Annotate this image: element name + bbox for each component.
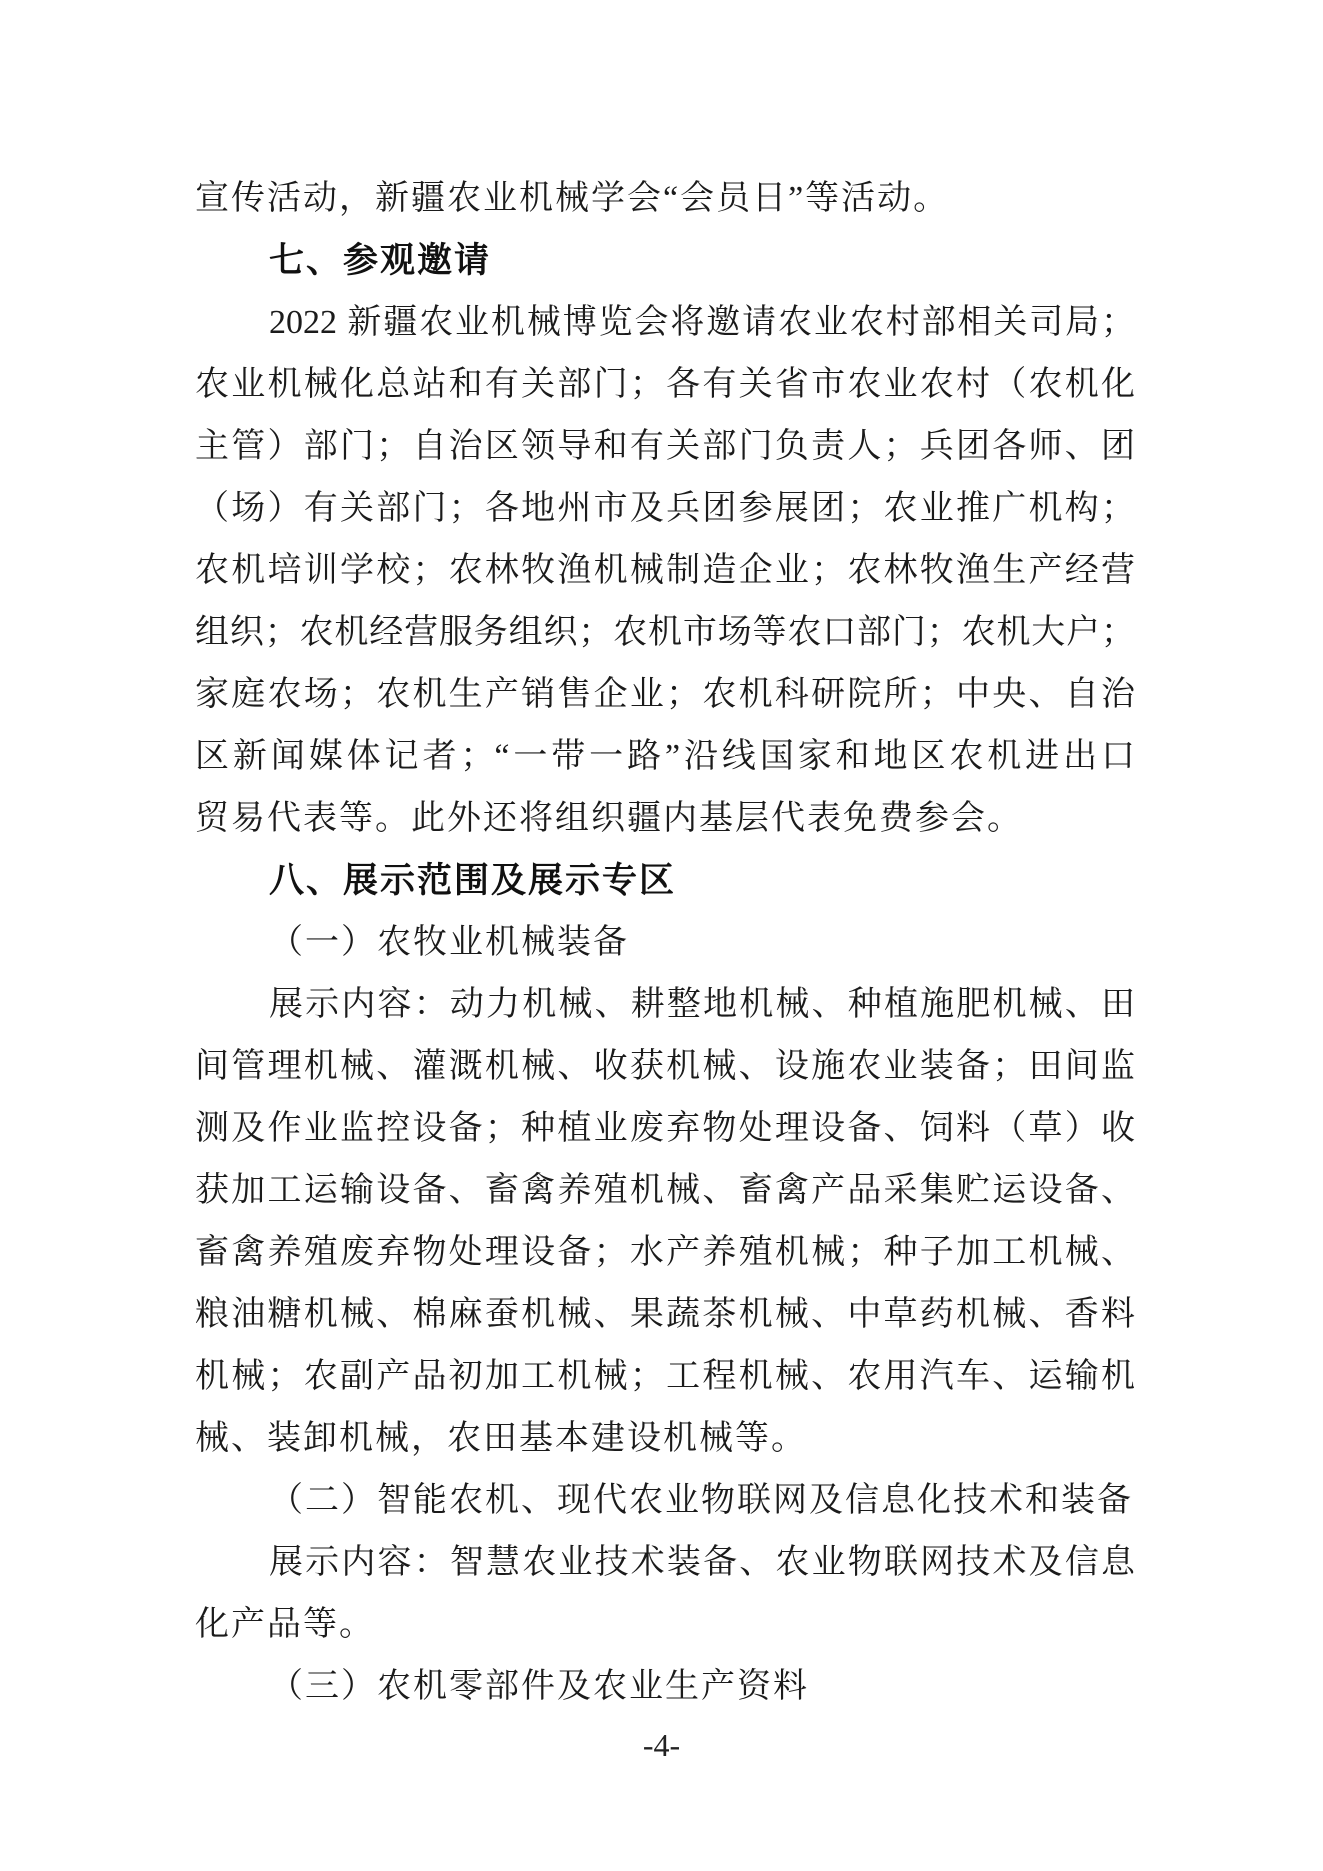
paragraph-line: 获加工运输设备、畜禽养殖机械、畜禽产品采集贮运设备、 bbox=[195, 1160, 1135, 1222]
paragraph-line: 贸易代表等。此外还将组织疆内基层代表免费参会。 bbox=[195, 788, 1135, 850]
paragraph-line: 组织；农机经营服务组织；农机市场等农口部门；农机大户； bbox=[195, 602, 1135, 664]
document-body: 宣传活动，新疆农业机械学会“会员日”等活动。 七、参观邀请 2022 新疆农业机… bbox=[195, 168, 1135, 1718]
paragraph-line: 机械；农副产品初加工机械；工程机械、农用汽车、运输机 bbox=[195, 1346, 1135, 1408]
paragraph-line: 测及作业监控设备；种植业废弃物处理设备、饲料（草）收 bbox=[195, 1098, 1135, 1160]
paragraph-line: 展示内容：智慧农业技术装备、农业物联网技术及信息 bbox=[195, 1532, 1135, 1594]
page-number: -4- bbox=[643, 1727, 680, 1763]
section-heading-7: 七、参观邀请 bbox=[195, 230, 1135, 292]
subsection-heading-2: （二）智能农机、现代农业物联网及信息化技术和装备 bbox=[195, 1470, 1135, 1532]
paragraph-line: 化产品等。 bbox=[195, 1594, 1135, 1656]
paragraph-line: 畜禽养殖废弃物处理设备；水产养殖机械；种子加工机械、 bbox=[195, 1222, 1135, 1284]
paragraph-line: 主管）部门；自治区领导和有关部门负责人；兵团各师、团 bbox=[195, 416, 1135, 478]
paragraph-line: 农业机械化总站和有关部门；各有关省市农业农村（农机化 bbox=[195, 354, 1135, 416]
paragraph-line: （场）有关部门；各地州市及兵团参展团；农业推广机构； bbox=[195, 478, 1135, 540]
paragraph-line: 区新闻媒体记者；“一带一路”沿线国家和地区农机进出口 bbox=[195, 726, 1135, 788]
paragraph-line: 展示内容：动力机械、耕整地机械、种植施肥机械、田 bbox=[195, 974, 1135, 1036]
document-page: 宣传活动，新疆农业机械学会“会员日”等活动。 七、参观邀请 2022 新疆农业机… bbox=[0, 0, 1323, 1871]
paragraph-line: 农机培训学校；农林牧渔机械制造企业；农林牧渔生产经营 bbox=[195, 540, 1135, 602]
paragraph-line: 间管理机械、灌溉机械、收获机械、设施农业装备；田间监 bbox=[195, 1036, 1135, 1098]
paragraph-line: 家庭农场；农机生产销售企业；农机科研院所；中央、自治 bbox=[195, 664, 1135, 726]
subsection-heading-1: （一）农牧业机械装备 bbox=[195, 912, 1135, 974]
paragraph-line: 粮油糖机械、棉麻蚕机械、果蔬茶机械、中草药机械、香料 bbox=[195, 1284, 1135, 1346]
subsection-heading-3: （三）农机零部件及农业生产资料 bbox=[195, 1656, 1135, 1718]
paragraph-line: 2022 新疆农业机械博览会将邀请农业农村部相关司局； bbox=[195, 292, 1135, 354]
paragraph-line: 宣传活动，新疆农业机械学会“会员日”等活动。 bbox=[195, 168, 1135, 230]
paragraph-line: 械、装卸机械，农田基本建设机械等。 bbox=[195, 1408, 1135, 1470]
section-heading-8: 八、展示范围及展示专区 bbox=[195, 850, 1135, 912]
page-footer: -4- bbox=[0, 1716, 1323, 1774]
